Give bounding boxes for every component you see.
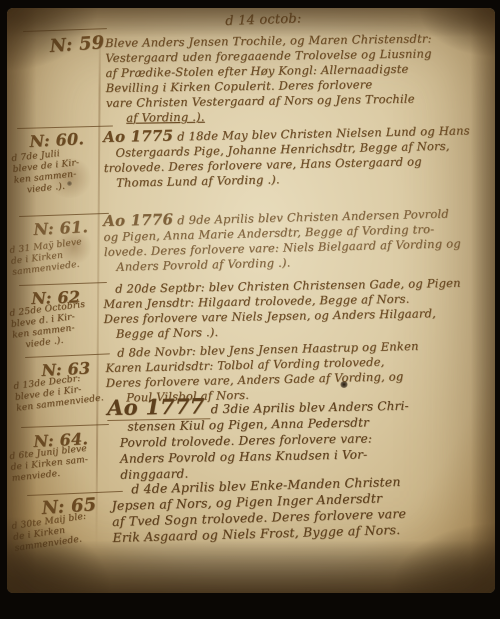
margin-divider-line [19, 213, 109, 218]
entry-body: Bleve Anders Jensen Trochile, og Maren C… [105, 31, 433, 126]
entry-number: N: 61. [33, 217, 88, 239]
entry-body: d 20de Septbr: blev Christen Christensen… [103, 276, 462, 342]
margin-divider-line [23, 28, 107, 32]
entry-body: Ao 1777d 3die Aprilis blev Anders Chri- … [107, 395, 410, 483]
margin-note: d 31 Maÿ bleve de i Kirken sammenviede. [9, 237, 85, 279]
margin-note: d 30te Maij ble: de i Kirken sammenviede… [11, 512, 90, 555]
entry-body: Ao 1775d 18de May blev Christen Nielsen … [103, 122, 471, 191]
year-mark: Ao 1775 [103, 126, 177, 146]
photo-frame: d 14 octob: N: 59 Bleve Anders Jensen Tr… [0, 0, 500, 619]
margin-note: d 13de Decbr: bleve de i Kir- ken sammen… [13, 371, 104, 414]
entry-number: N: 59 [49, 32, 105, 57]
margin-note: d 25de Octobris bleve d. i Kir- ken samm… [9, 300, 90, 353]
body-line: d 3die Aprilis blev Anders Chri- [211, 399, 409, 416]
entry-body: Ao 1776d 9de Aprilis blev Christen Ander… [103, 205, 461, 275]
paper: d 14 octob: N: 59 Bleve Anders Jensen Tr… [7, 8, 495, 593]
year-mark: Ao 1776 [103, 210, 177, 230]
margin-note: d 6te Junij bleve de i Kirken sam- menvi… [9, 444, 90, 485]
margin-crease-line [95, 28, 100, 548]
margin-note: d 7de Julii bleve de i Kir- ken sammen- … [11, 147, 82, 198]
body-line: af Vording .). [106, 106, 433, 126]
page-header-date: d 14 octob: [225, 11, 302, 29]
margin-divider-line [19, 282, 107, 286]
entry-body: d 4de Aprilis blev Enke-Manden Christen … [111, 474, 407, 546]
